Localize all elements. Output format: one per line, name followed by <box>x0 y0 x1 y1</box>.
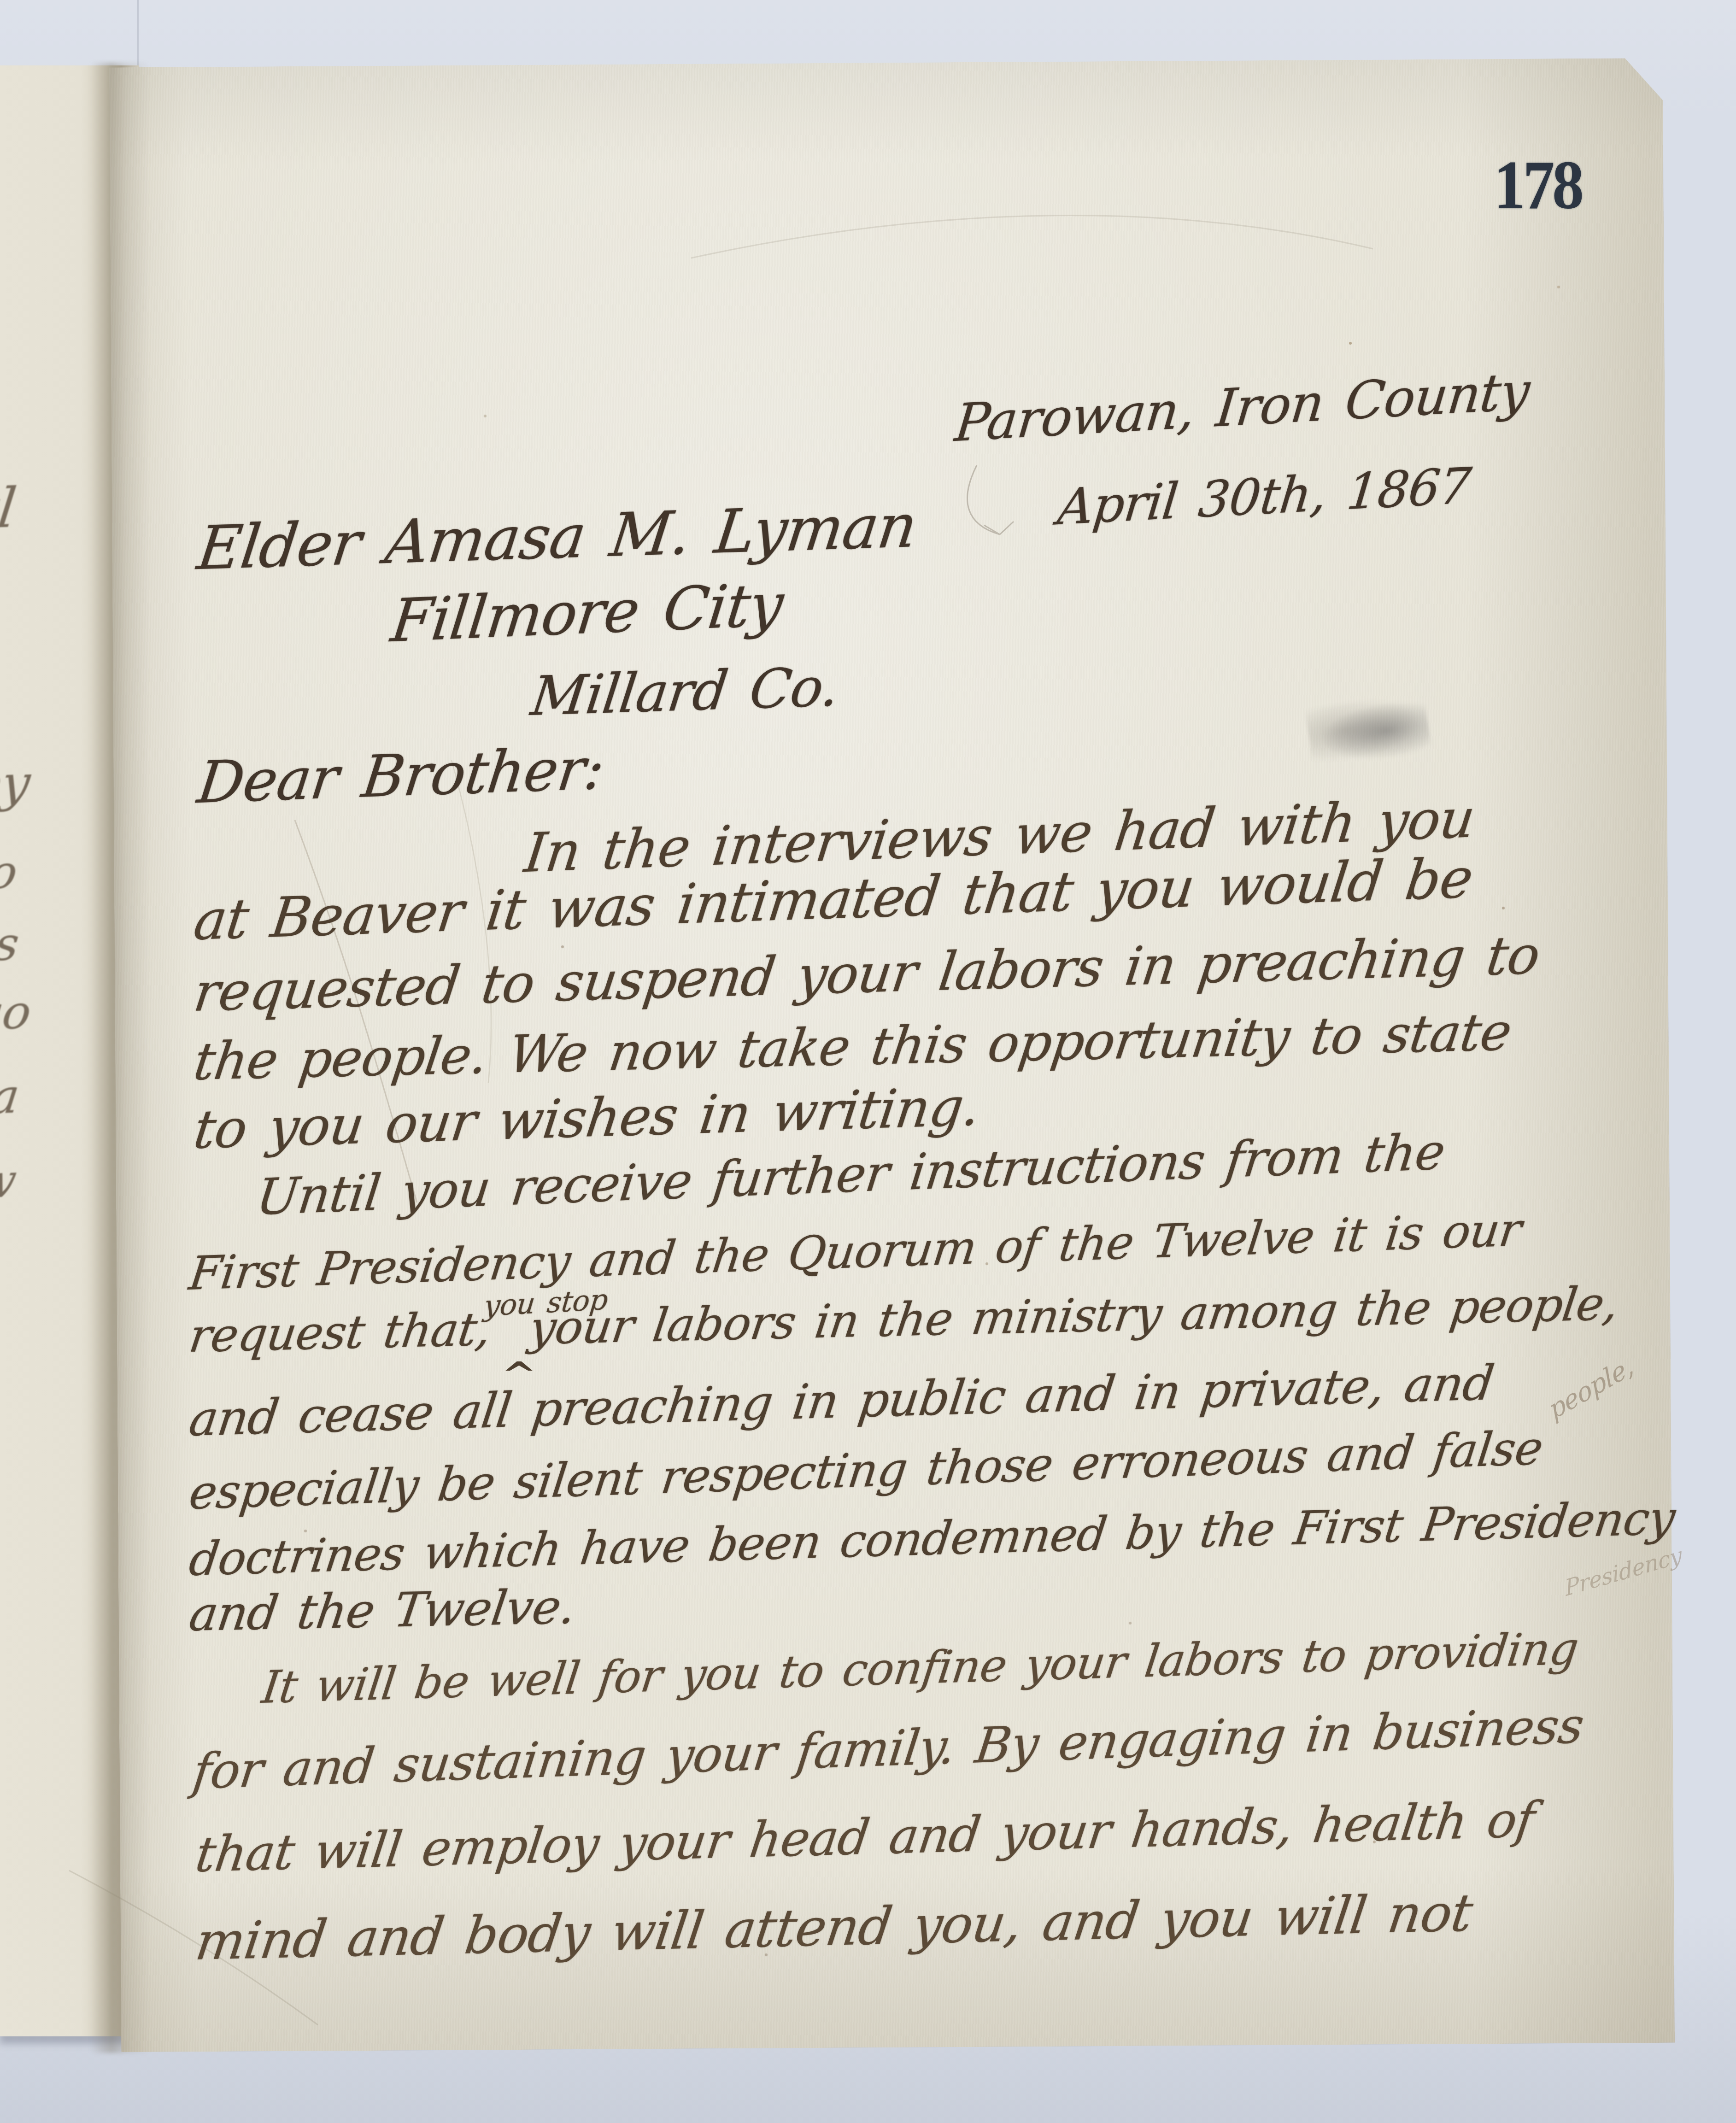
recipient-name-line: Elder Amasa M. Lyman <box>194 490 921 585</box>
salutation-line: Dear Brother: <box>194 734 608 818</box>
margin-note-presidency: Presidency <box>1564 1542 1683 1602</box>
body-line: for and sustaining your family. By engag… <box>190 1696 1587 1801</box>
body-line: that will employ your head and your hand… <box>192 1790 1538 1884</box>
interline-insertion: you stop <box>482 1283 610 1324</box>
scanned-letter-canvas: yl ey lo hs ego ra w 178 Parowan, Iron C… <box>0 0 1736 2123</box>
body-line: and the Twelve. <box>186 1579 579 1643</box>
margin-note-people: people, <box>1545 1350 1637 1426</box>
letter-text-layer: 178 Parowan, Iron County April 30th, 186… <box>0 0 1736 2123</box>
folio-page-number: 178 <box>1494 146 1581 225</box>
recipient-city-line: Fillmore City <box>387 569 786 657</box>
recipient-county-line: Millard Co. <box>528 655 843 729</box>
insertion-caret-icon: ^ <box>501 1354 537 1394</box>
heading-date-line: April 30th, 1867 <box>1055 457 1474 538</box>
heading-place-line: Parowan, Iron County <box>952 360 1532 455</box>
body-line: mind and body will attend you, and you w… <box>192 1882 1476 1973</box>
